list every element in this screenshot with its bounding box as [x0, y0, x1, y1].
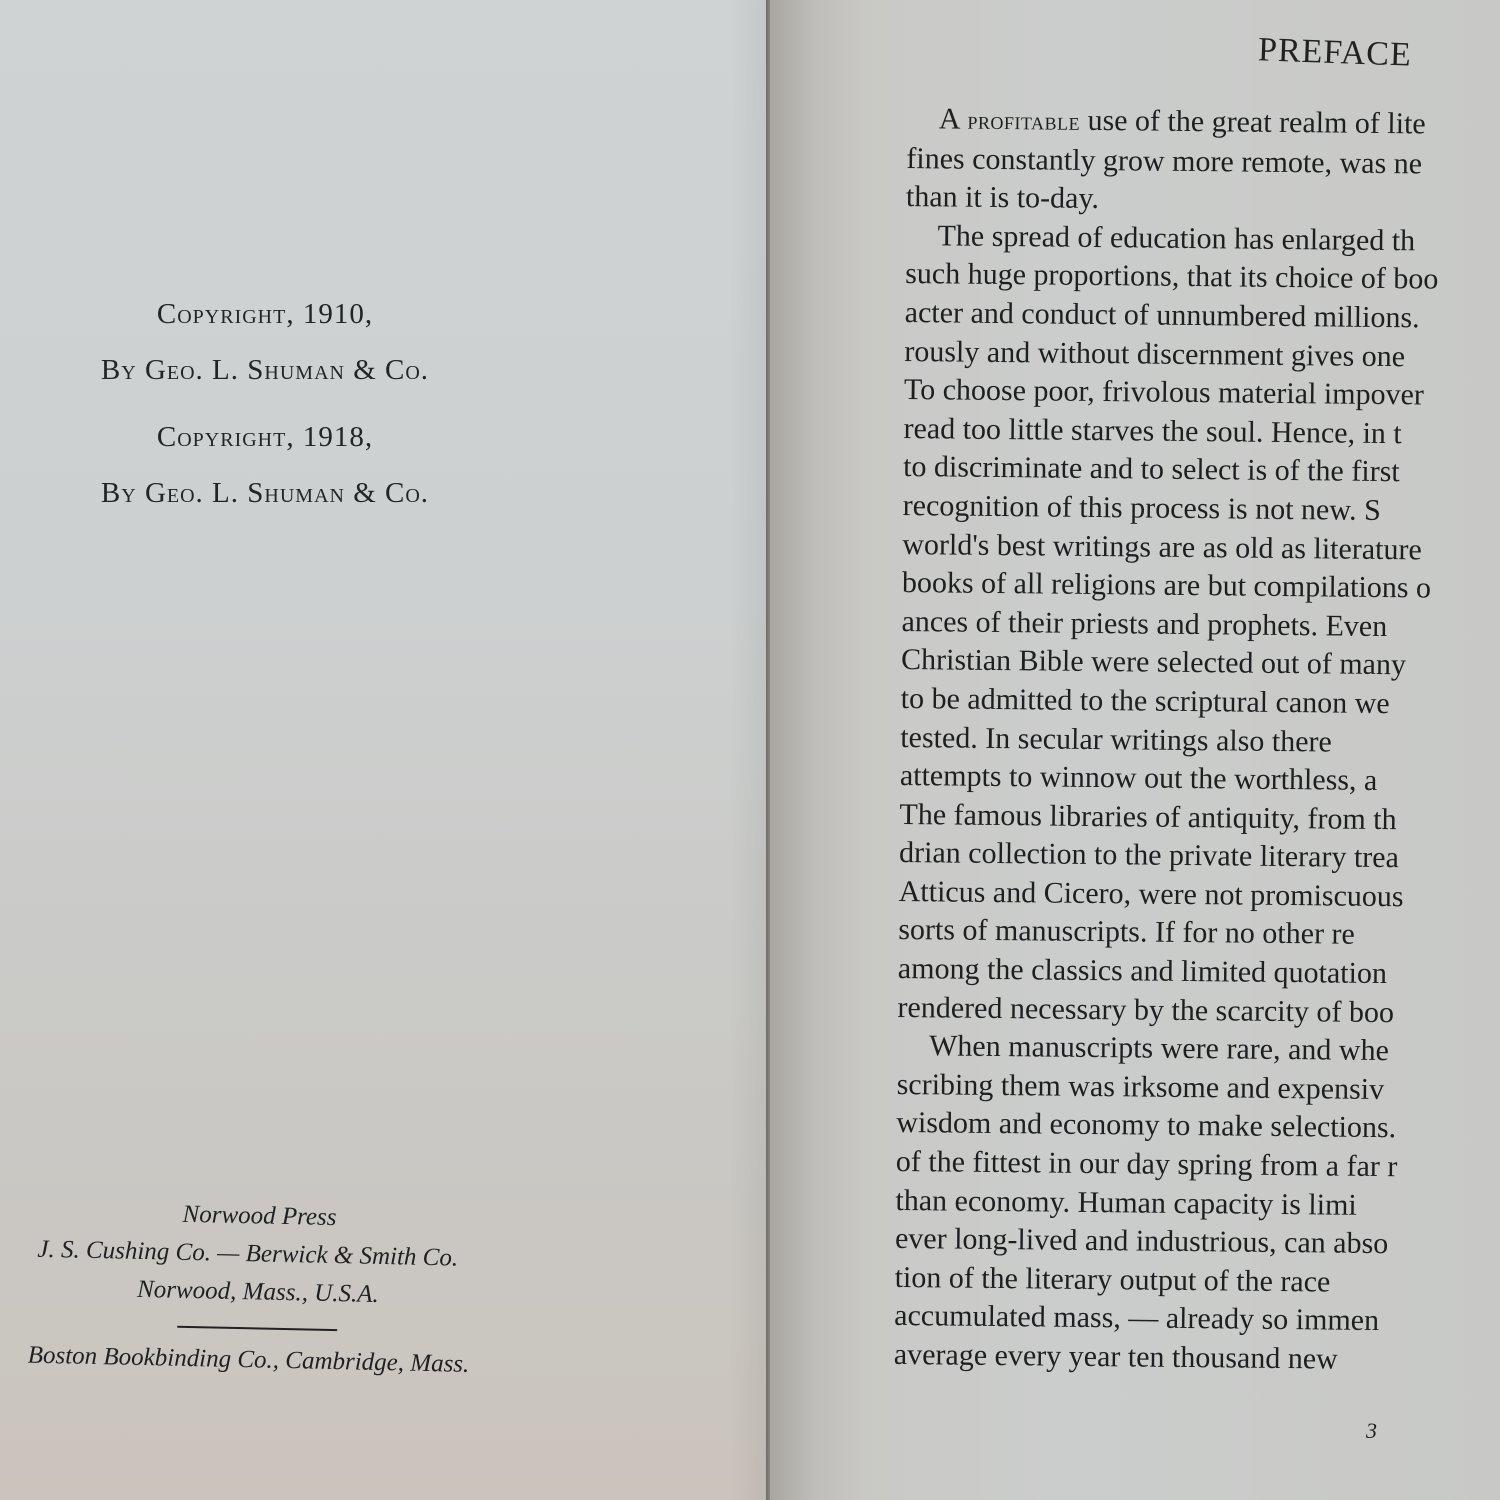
bindery-name: Boston Bookbinding Co., Cambridge, Mass.	[0, 1336, 517, 1385]
line-text: rendered necessary by the scarcity of bo…	[897, 991, 1394, 1029]
text-line: Christian Bible were selected out of man…	[901, 641, 1500, 686]
text-line: to discriminate and to select is of the …	[903, 448, 1500, 493]
divider-rule	[177, 1326, 337, 1331]
line-text: than economy. Human capacity is limi	[895, 1184, 1357, 1222]
line-text: The famous libraries of antiquity, from …	[899, 798, 1396, 836]
text-line: fines constantly grow more remote, was n…	[906, 140, 1500, 185]
copyright-notice: Copyright, 1918,	[40, 419, 490, 455]
copyright-block: Copyright, 1910, By Geo. L. Shuman & Co.…	[40, 296, 490, 511]
line-text: ances of their priests and prophets. Eve…	[901, 605, 1387, 643]
text-line: attempts to winnow out the worthless, a	[900, 757, 1500, 802]
line-text: When manuscripts were rare, and whe	[929, 1030, 1389, 1068]
left-page: Copyright, 1910, By Geo. L. Shuman & Co.…	[0, 0, 768, 1500]
text-line: wisdom and economy to make selections.	[896, 1104, 1500, 1149]
copyright-holder: By Geo. L. Shuman & Co.	[40, 352, 490, 388]
text-line: read too little starves the soul. Hence,…	[903, 410, 1500, 455]
text-line: To choose poor, frivolous material impov…	[904, 371, 1500, 416]
text-line: Atticus and Cicero, were not promiscuous	[899, 873, 1500, 918]
line-text: Atticus and Cicero, were not promiscuous	[899, 875, 1404, 913]
line-text: to be admitted to the scriptural canon w…	[901, 682, 1390, 720]
line-text: to discriminate and to select is of the …	[903, 450, 1400, 488]
text-line: A profitable use of the great realm of l…	[907, 100, 1500, 146]
line-text: The spread of education has enlarged th	[937, 219, 1415, 257]
printer-imprint: Norwood Press J. S. Cushing Co. — Berwic…	[0, 1192, 520, 1385]
page-title: PREFACE	[1257, 31, 1412, 74]
page-number: 3	[1366, 1418, 1377, 1444]
line-text: wisdom and economy to make selections.	[896, 1106, 1396, 1144]
text-line: scribing them was irksome and expensiv	[896, 1066, 1500, 1111]
text-line: ever long-lived and industrious, can abs…	[895, 1220, 1500, 1265]
text-line: than it is to-day.	[906, 178, 1500, 223]
line-text: average every year ten thousand new	[894, 1338, 1338, 1376]
text-line: accumulated mass, — already so immen	[894, 1297, 1500, 1342]
text-line: When manuscripts were rare, and whe	[897, 1027, 1500, 1072]
text-line: of the fittest in our day spring from a …	[896, 1143, 1500, 1188]
line-text: books of all religions are but compilati…	[902, 566, 1431, 605]
line-text: sorts of manuscripts. If for no other re	[898, 913, 1355, 951]
text-line: drian collection to the private literary…	[899, 834, 1500, 879]
line-text: tion of the literary output of the race	[894, 1261, 1330, 1299]
text-line: rously and without discernment gives one	[904, 333, 1500, 378]
text-line: average every year ten thousand new	[894, 1336, 1500, 1381]
line-text: such huge proportions, that its choice o…	[905, 257, 1439, 296]
text-line: world's best writings are as old as lite…	[902, 526, 1500, 571]
text-line: to be admitted to the scriptural canon w…	[901, 680, 1500, 725]
line-text: accumulated mass, — already so immen	[894, 1299, 1379, 1337]
line-text: tested. In secular writings also there	[900, 720, 1332, 758]
text-line: ances of their priests and prophets. Eve…	[901, 603, 1500, 648]
copyright-notice: Copyright, 1910,	[40, 296, 490, 332]
text-line: tested. In secular writings also there	[900, 718, 1500, 763]
text-line: tion of the literary output of the race	[894, 1259, 1500, 1304]
text-line: rendered necessary by the scarcity of bo…	[897, 989, 1500, 1034]
line-text: ever long-lived and industrious, can abs…	[895, 1222, 1389, 1260]
line-text: rously and without discernment gives one	[904, 335, 1405, 373]
text-line: than economy. Human capacity is limi	[895, 1182, 1500, 1227]
text-line: books of all religions are but compilati…	[902, 564, 1500, 609]
preface-body: A profitable use of the great realm of l…	[894, 100, 1500, 1381]
text-line: recognition of this process is not new. …	[903, 487, 1500, 532]
line-text: fines constantly grow more remote, was n…	[906, 142, 1422, 180]
line-text: acter and conduct of unnumbered millions…	[905, 296, 1420, 334]
text-line: such huge proportions, that its choice o…	[905, 255, 1500, 300]
line-text: of the fittest in our day spring from a …	[896, 1145, 1398, 1183]
line-text: read too little starves the soul. Hence,…	[903, 412, 1402, 450]
line-text: among the classics and limited quotation	[898, 952, 1387, 990]
text-line: among the classics and limited quotation	[898, 950, 1500, 995]
text-line: The spread of education has enlarged th	[905, 217, 1500, 262]
line-text: use of the great realm of lite	[1080, 104, 1426, 141]
text-line: acter and conduct of unnumbered millions…	[905, 294, 1500, 339]
line-text: world's best writings are as old as lite…	[902, 528, 1422, 566]
text-line: sorts of manuscripts. If for no other re	[898, 911, 1500, 956]
line-text: scribing them was irksome and expensiv	[897, 1068, 1385, 1106]
line-text: than it is to-day.	[906, 180, 1099, 215]
lead-word: A profitable	[939, 102, 1081, 136]
line-text: To choose poor, frivolous material impov…	[904, 373, 1424, 411]
line-text: recognition of this process is not new. …	[903, 489, 1381, 527]
line-text: Christian Bible were selected out of man…	[901, 643, 1406, 681]
line-text: drian collection to the private literary…	[899, 836, 1399, 874]
line-text: attempts to winnow out the worthless, a	[900, 759, 1378, 797]
copyright-holder: By Geo. L. Shuman & Co.	[40, 475, 490, 511]
text-line: The famous libraries of antiquity, from …	[899, 796, 1500, 841]
